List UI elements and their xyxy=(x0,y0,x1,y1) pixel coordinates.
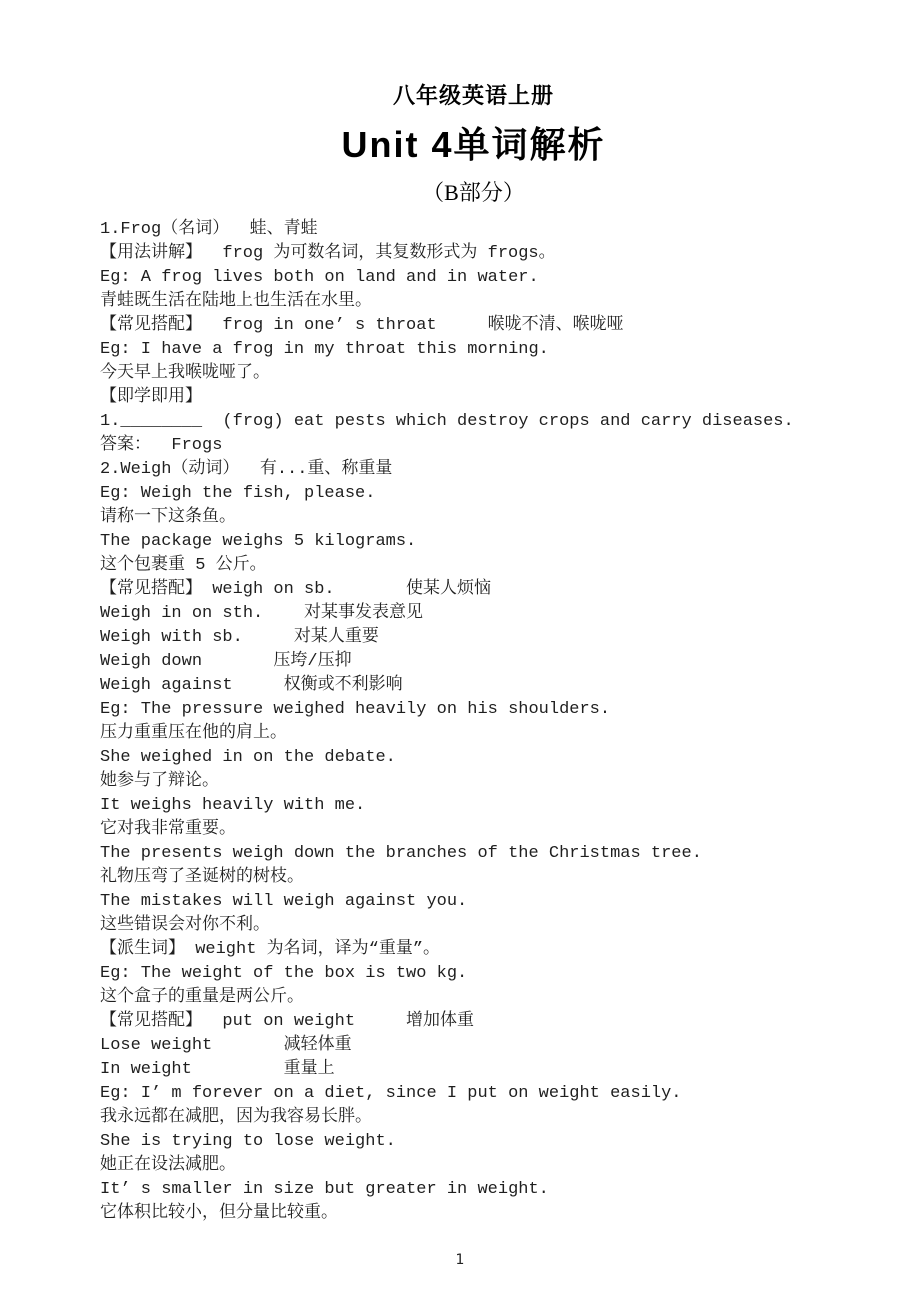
text-line: In weight 重量上 xyxy=(100,1058,847,1082)
text-line: Eg: The weight of the box is two kg. xyxy=(100,962,847,986)
text-line: The presents weigh down the branches of … xyxy=(100,842,847,866)
text-line: Weigh against 权衡或不利影响 xyxy=(100,674,847,698)
page-title: Unit 4单词解析 xyxy=(100,125,847,165)
text-line: 【即学即用】 xyxy=(100,386,847,410)
text-line: 【常见搭配】 put on weight 增加体重 xyxy=(100,1010,847,1034)
text-line: Eg: Weigh the fish, please. xyxy=(100,482,847,506)
text-line: Eg: The pressure weighed heavily on his … xyxy=(100,698,847,722)
text-line: Eg: A frog lives both on land and in wat… xyxy=(100,266,847,290)
text-line: Weigh in on sth. 对某事发表意见 xyxy=(100,602,847,626)
text-line: 【常见搭配】 frog in one’ s throat 喉咙不清、喉咙哑 xyxy=(100,314,847,338)
text-line: 礼物压弯了圣诞树的树枝。 xyxy=(100,866,847,890)
text-line: Eg: I have a frog in my throat this morn… xyxy=(100,338,847,362)
text-line: Weigh down 压垮/压抑 xyxy=(100,650,847,674)
text-line: 1.Frog（名词） 蛙、青蛙 xyxy=(100,218,847,242)
section-label: （B部分） xyxy=(100,181,847,204)
document-header: 八年级英语上册 Unit 4单词解析 （B部分） xyxy=(100,0,847,204)
document-body: 1.Frog（名词） 蛙、青蛙【用法讲解】 frog 为可数名词，其复数形式为 … xyxy=(100,218,847,1226)
text-line: 请称一下这条鱼。 xyxy=(100,506,847,530)
book-title: 八年级英语上册 xyxy=(100,0,847,107)
text-line: The mistakes will weigh against you. xyxy=(100,890,847,914)
text-line: 【用法讲解】 frog 为可数名词，其复数形式为 frogs。 xyxy=(100,242,847,266)
text-line: 这个包裹重 5 公斤。 xyxy=(100,554,847,578)
document-page: 八年级英语上册 Unit 4单词解析 （B部分） 1.Frog（名词） 蛙、青蛙… xyxy=(0,0,920,1302)
text-line: 这个盒子的重量是两公斤。 xyxy=(100,986,847,1010)
text-line: Eg: I’ m forever on a diet, since I put … xyxy=(100,1082,847,1106)
text-line: Weigh with sb. 对某人重要 xyxy=(100,626,847,650)
text-line: 1.________ (frog) eat pests which destro… xyxy=(100,410,847,434)
text-line: 青蛙既生活在陆地上也生活在水里。 xyxy=(100,290,847,314)
text-line: 2.Weigh（动词） 有...重、称重量 xyxy=(100,458,847,482)
text-line: 它对我非常重要。 xyxy=(100,818,847,842)
text-line: 【派生词】 weight 为名词，译为“重量”。 xyxy=(100,938,847,962)
text-line: She weighed in on the debate. xyxy=(100,746,847,770)
text-line: 它体积比较小，但分量比较重。 xyxy=(100,1202,847,1226)
text-line: 【常见搭配】 weigh on sb. 使某人烦恼 xyxy=(100,578,847,602)
text-line: 她正在设法减肥。 xyxy=(100,1154,847,1178)
text-line: It weighs heavily with me. xyxy=(100,794,847,818)
text-line: 今天早上我喉咙哑了。 xyxy=(100,362,847,386)
text-line: Lose weight 减轻体重 xyxy=(100,1034,847,1058)
text-line: 这些错误会对你不利。 xyxy=(100,914,847,938)
text-line: 答案： Frogs xyxy=(100,434,847,458)
text-line: It’ s smaller in size but greater in wei… xyxy=(100,1178,847,1202)
page-content: 八年级英语上册 Unit 4单词解析 （B部分） 1.Frog（名词） 蛙、青蛙… xyxy=(0,0,920,1226)
text-line: 我永远都在减肥，因为我容易长胖。 xyxy=(100,1106,847,1130)
text-line: She is trying to lose weight. xyxy=(100,1130,847,1154)
text-line: 她参与了辩论。 xyxy=(100,770,847,794)
text-line: The package weighs 5 kilograms. xyxy=(100,530,847,554)
page-number: 1 xyxy=(0,1252,920,1268)
text-line: 压力重重压在他的肩上。 xyxy=(100,722,847,746)
